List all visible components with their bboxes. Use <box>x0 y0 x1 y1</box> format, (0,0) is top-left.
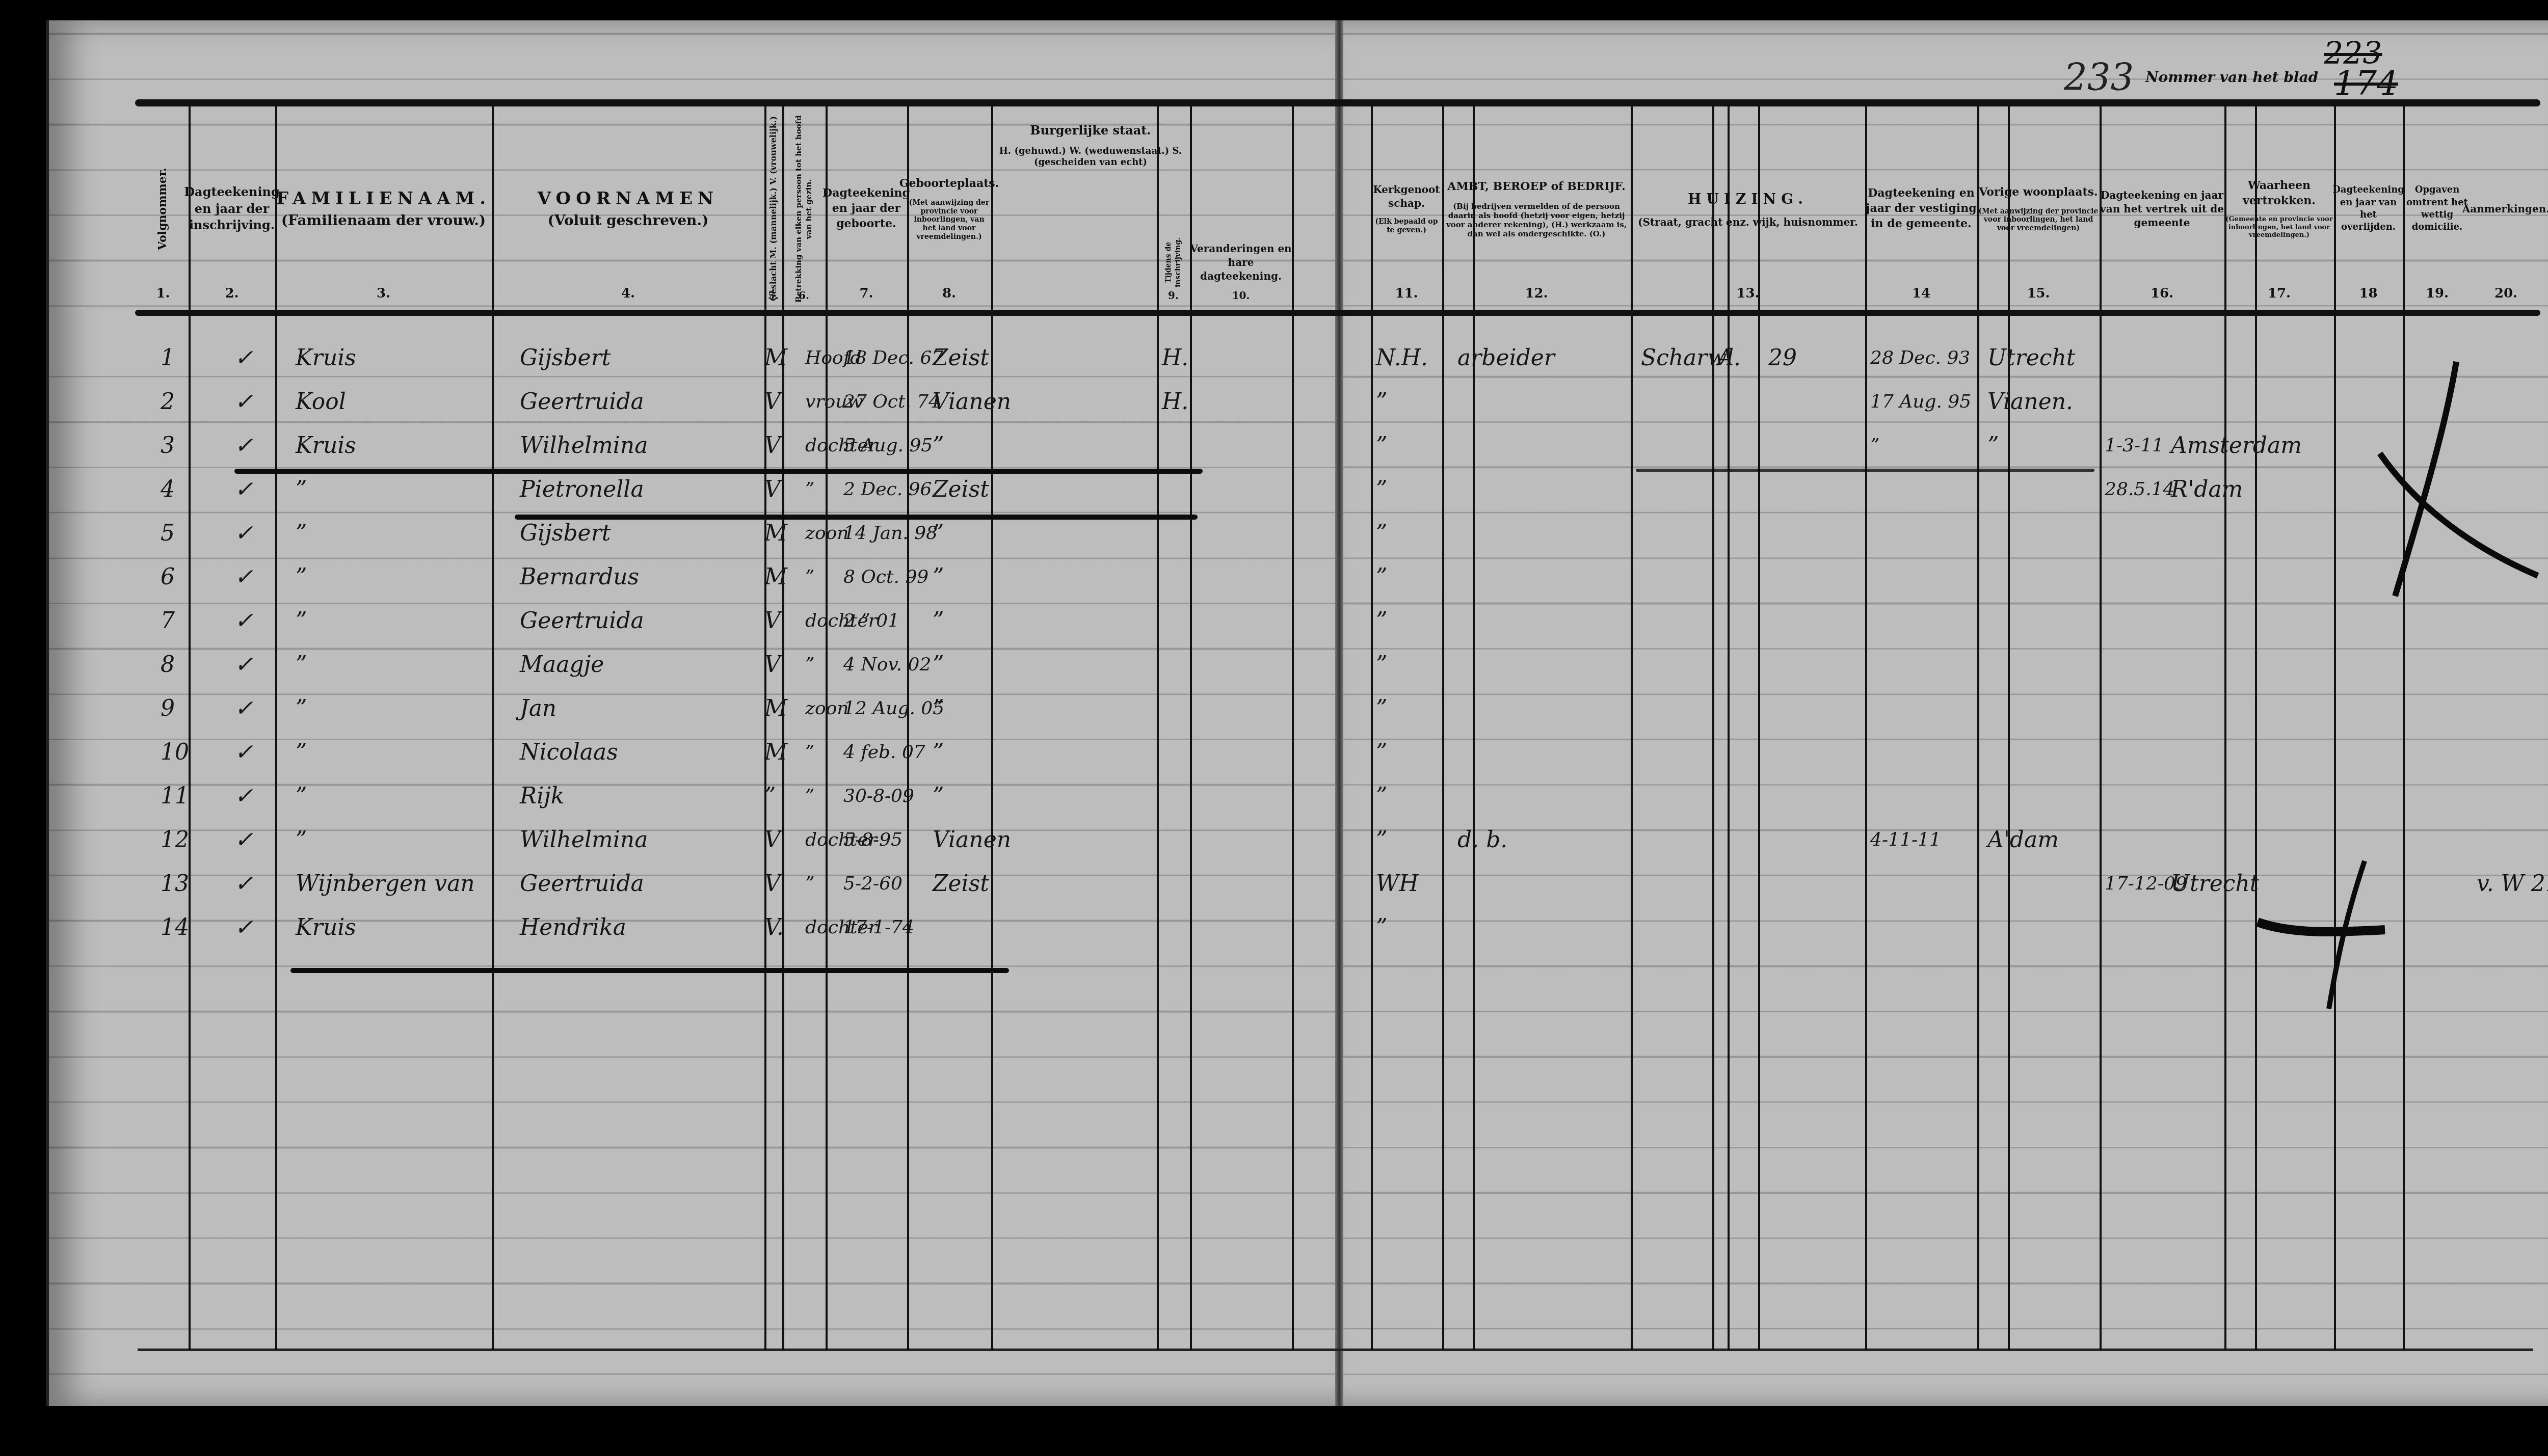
religion: ” <box>1376 643 1388 687</box>
registration-mark: ✓ <box>234 643 253 687</box>
settlement-date: 17 Aug. 95 <box>1870 380 1971 424</box>
family-name: ” <box>296 731 307 774</box>
birth-date: 27 Oct. 74 <box>843 380 940 424</box>
birthplace: Zeist <box>933 862 989 906</box>
religion: ” <box>1376 731 1388 774</box>
birthplace: ” <box>933 424 944 468</box>
civil-status: H. <box>1162 336 1188 380</box>
sex: V <box>764 599 781 643</box>
given-names: Jan <box>520 687 556 731</box>
col-header-9: Tijdens de inschrijving. 9. <box>1157 219 1190 306</box>
religion: ” <box>1376 380 1388 424</box>
previous-residence: Vianen. <box>1987 380 2073 424</box>
entry-number: 8 <box>161 643 175 687</box>
religion: WH <box>1376 862 1419 906</box>
family-name: ” <box>296 599 307 643</box>
col-header-2: Dagteekening en jaar der inschrijving. 2… <box>189 112 275 306</box>
birthplace: ” <box>933 774 944 818</box>
col-header-15: Vorige woonplaats. (Met aanwijzing der p… <box>1977 112 2100 306</box>
registration-mark: ✓ <box>234 380 253 424</box>
entry-number: 1 <box>161 336 175 380</box>
col-header-1: Volgnommer. 1. <box>138 112 189 306</box>
departure-date: 28.5.14 <box>2105 468 2174 511</box>
sex: M <box>764 731 787 774</box>
birth-date: 12 Aug. 05 <box>843 687 944 731</box>
religion: ” <box>1376 511 1388 555</box>
given-names: Rijk <box>520 774 565 818</box>
birth-date: 5-8-95 <box>843 818 903 862</box>
family-name: Kool <box>296 380 346 424</box>
birthplace: Vianen <box>933 380 1011 424</box>
given-names: Gijsbert <box>520 336 611 380</box>
entry-number: 3 <box>161 424 175 468</box>
sheet-number-crossed: 174 <box>2334 64 2398 103</box>
col-header-7: Dagteekening en jaar der geboorte. 7. <box>826 112 907 306</box>
occupation: arbeider <box>1457 336 1555 380</box>
relation-to-head: ” <box>805 862 814 906</box>
family-name: Wijnbergen van <box>296 862 475 906</box>
death-cross-mark <box>2247 846 2400 1019</box>
registration-mark: ✓ <box>234 687 253 731</box>
registration-mark: ✓ <box>234 555 253 599</box>
strike-row-13 <box>290 968 1009 973</box>
religion: N.H. <box>1376 336 1428 380</box>
col-header-14: Dagteekening en jaar der vestiging in de… <box>1865 112 1977 306</box>
sex: V. <box>764 906 784 950</box>
religion: ” <box>1376 687 1388 731</box>
entry-number: 4 <box>161 468 175 511</box>
birth-date: 18 Dec. 67 <box>843 336 943 380</box>
strike-row-3-right <box>1636 469 2094 472</box>
departure-date: 1-3-11 <box>2105 424 2164 468</box>
entry-number: 2 <box>161 380 175 424</box>
birth-date: 17-1-74 <box>843 906 914 950</box>
header-top-rule <box>135 99 2540 106</box>
settlement-date: 4-11-11 <box>1870 818 1941 862</box>
birthplace: ” <box>933 731 944 774</box>
sex: V <box>764 468 781 511</box>
col-header-16: Dagteekening en jaar van het vertrek uit… <box>2100 112 2224 306</box>
column-rule <box>1292 102 1294 1350</box>
previous-residence: ” <box>1987 424 1999 468</box>
given-names: Geertruida <box>520 599 644 643</box>
given-names: Wilhelmina <box>520 424 648 468</box>
registration-mark: ✓ <box>234 774 253 818</box>
religion: ” <box>1376 818 1388 862</box>
entry-number: 9 <box>161 687 175 731</box>
sex: V <box>764 862 781 906</box>
sheet-number-label: Nommer van het blad <box>2145 69 2318 86</box>
registration-mark: ✓ <box>234 731 253 774</box>
religion: ” <box>1376 906 1388 950</box>
house-number: 29 <box>1768 336 1797 380</box>
birthplace: ” <box>933 599 944 643</box>
registration-mark: ✓ <box>234 511 253 555</box>
registration-mark: ✓ <box>234 862 253 906</box>
col-header-13: HUIZING. (Straat, gracht enz. wijk, huis… <box>1631 112 1865 306</box>
sex: ” <box>764 774 776 818</box>
sex: M <box>764 555 787 599</box>
registration-mark: ✓ <box>234 336 253 380</box>
occupation: d. b. <box>1457 818 1507 862</box>
birthplace: ” <box>933 687 944 731</box>
relation-to-head: zoon <box>805 687 849 731</box>
entry-number: 6 <box>161 555 175 599</box>
birth-date: 4 feb. 07 <box>843 731 925 774</box>
family-name: ” <box>296 511 307 555</box>
strike-row-3 <box>234 469 1203 474</box>
given-names: Bernardus <box>520 555 639 599</box>
destination: R'dam <box>2171 468 2243 511</box>
relation-to-head: ” <box>805 468 814 511</box>
family-name: ” <box>296 687 307 731</box>
relation-to-head: ” <box>805 555 814 599</box>
entry-number: 14 <box>161 906 189 950</box>
relation-to-head: ” <box>805 643 814 687</box>
col-header-5: Geslacht M. (mannelijk.) V. (vrouwelijk.… <box>764 112 782 306</box>
previous-residence: A'dam <box>1987 818 2059 862</box>
entry-number: 11 <box>161 774 189 818</box>
book-gutter <box>1335 20 1343 1406</box>
birth-date: 30-8-09 <box>843 774 914 818</box>
destination: Utrecht <box>2171 862 2259 906</box>
settlement-date: 28 Dec. 93 <box>1870 336 1970 380</box>
col-header-19: Opgaven omtrent het wettig domicilie. 19… <box>2403 112 2472 306</box>
entry-number: 13 <box>161 862 189 906</box>
birth-date: 5-2-60 <box>843 862 903 906</box>
given-names: Pietronella <box>520 468 644 511</box>
family-name: ” <box>296 818 307 862</box>
registration-mark: ✓ <box>234 424 253 468</box>
entry-number: 5 <box>161 511 175 555</box>
entry-number: 10 <box>161 731 189 774</box>
birth-date: 5 Aug. 95 <box>843 424 933 468</box>
registration-mark: ✓ <box>234 818 253 862</box>
col-header-3: FAMILIENAAM. (Familienaam der vrouw.) 3. <box>275 112 492 306</box>
entry-number: 12 <box>161 818 189 862</box>
col-header-6: Betrekking van elken persoon tot het hoo… <box>782 112 826 306</box>
sex: M <box>764 687 787 731</box>
page-number-handwritten: 233 <box>2064 56 2134 99</box>
registration-mark: ✓ <box>234 599 253 643</box>
relation-to-head: ” <box>805 731 814 774</box>
col-header-17: Waarheen vertrokken. (Gemeente en provin… <box>2224 112 2334 306</box>
birth-date: 4 Nov. 02 <box>843 643 931 687</box>
col-header-11: Kerkgenootschap. (Elk bepaald op te geve… <box>1371 112 1442 306</box>
given-names: Geertruida <box>520 380 644 424</box>
cancel-cross-mark <box>2314 331 2548 616</box>
religion: ” <box>1376 555 1388 599</box>
sex: V <box>764 424 781 468</box>
remarks: v. W 213 <box>2477 862 2548 906</box>
registration-mark: ✓ <box>234 468 253 511</box>
birthplace: ” <box>933 643 944 687</box>
col-header-20: Aanmerkingen. 20. <box>2472 112 2540 306</box>
birth-date: 2 ” 01 <box>843 599 899 643</box>
strike-row-4 <box>515 515 1198 520</box>
sex: V <box>764 818 781 862</box>
family-name: Kruis <box>296 424 356 468</box>
destination: Amsterdam <box>2171 424 2302 468</box>
birthplace: Zeist <box>933 336 989 380</box>
register-book: 233 Nommer van het blad 223 174 Volgnomm… <box>31 20 2548 1406</box>
sex: M <box>764 336 787 380</box>
registration-mark: ✓ <box>234 906 253 950</box>
col-header-8: Geboorteplaats. (Met aanwijzing der prov… <box>907 112 991 306</box>
birthplace: Vianen <box>933 818 1011 862</box>
birth-date: 2 Dec. 96 <box>843 468 932 511</box>
birthplace: ” <box>933 555 944 599</box>
family-name: Kruis <box>296 336 356 380</box>
given-names: Hendrika <box>520 906 626 950</box>
given-names: Geertruida <box>520 862 644 906</box>
religion: ” <box>1376 424 1388 468</box>
col-header-4: VOORNAMEN (Voluit geschreven.) 4. <box>492 112 764 306</box>
birthplace: Zeist <box>933 468 989 511</box>
sex: V <box>764 380 781 424</box>
family-name: Kruis <box>296 906 356 950</box>
civil-status: H. <box>1162 380 1188 424</box>
religion: ” <box>1376 774 1388 818</box>
entry-number: 7 <box>161 599 175 643</box>
table-bottom-rule <box>138 1349 2533 1351</box>
birth-date: 8 Oct. 99 <box>843 555 928 599</box>
col-header-10: Veranderingen en hare dagteekening. 10. <box>1190 219 1292 306</box>
header-bottom-rule <box>135 310 2540 316</box>
sex: V <box>764 643 781 687</box>
given-names: Nicolaas <box>520 731 618 774</box>
col-header-18: Dagteekening en jaar van het overlijden.… <box>2334 112 2403 306</box>
col-header-12: AMBT, BEROEP of BEDRIJF. (Bij bedrijven … <box>1442 112 1631 306</box>
previous-residence: Utrecht <box>1987 336 2076 380</box>
family-name: ” <box>296 643 307 687</box>
family-name: ” <box>296 468 307 511</box>
given-names: Maagje <box>520 643 604 687</box>
given-names: Wilhelmina <box>520 818 648 862</box>
relation-to-head: ” <box>805 774 814 818</box>
ward: A <box>1717 336 1734 380</box>
family-name: ” <box>296 555 307 599</box>
settlement-date: ” <box>1870 424 1879 468</box>
religion: ” <box>1376 599 1388 643</box>
religion: ” <box>1376 468 1388 511</box>
family-name: ” <box>296 774 307 818</box>
